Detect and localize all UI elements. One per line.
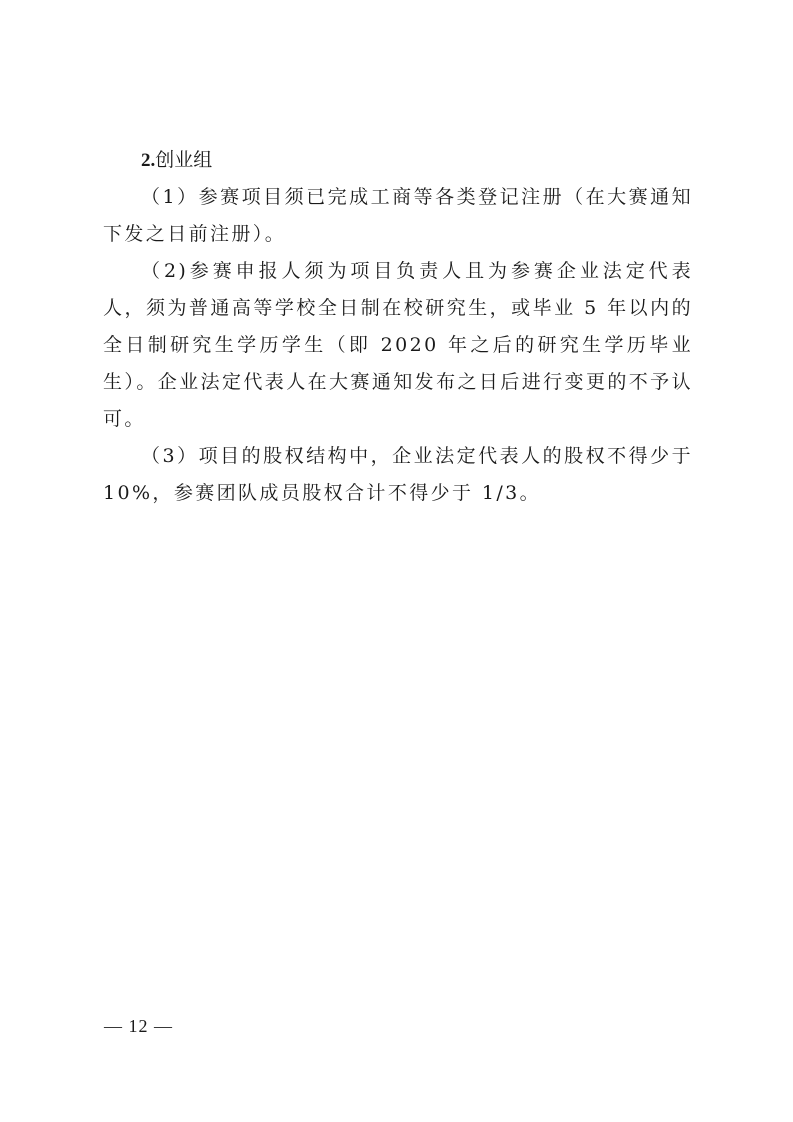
paragraph-3: （3）项目的股权结构中，企业法定代表人的股权不得少于10%，参赛团队成员股权合计…: [103, 438, 693, 512]
section-heading: 2.创业组: [103, 142, 693, 179]
paragraph-2: （2)参赛申报人须为项目负责人且为参赛企业法定代表人，须为普通高等学校全日制在校…: [103, 253, 693, 438]
document-page: 2.创业组 （1）参赛项目须已完成工商等各类登记注册（在大赛通知下发之日前注册）…: [0, 0, 793, 1122]
page-number: — 12 —: [104, 1016, 173, 1037]
section-number: 2.: [141, 150, 155, 171]
paragraph-1: （1）参赛项目须已完成工商等各类登记注册（在大赛通知下发之日前注册）。: [103, 179, 693, 253]
section-title: 创业组: [155, 149, 212, 171]
page-content: 2.创业组 （1）参赛项目须已完成工商等各类登记注册（在大赛通知下发之日前注册）…: [103, 142, 693, 512]
